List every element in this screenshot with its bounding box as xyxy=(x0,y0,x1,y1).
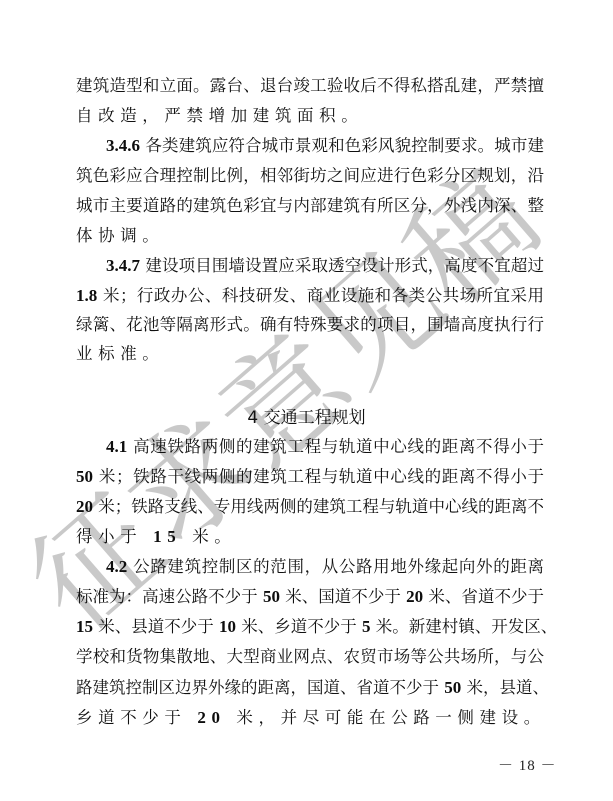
text-run: 得小于 xyxy=(76,527,153,546)
text-run: 标准为：高速公路不少于 xyxy=(76,587,263,606)
text-run: 米、国道不少于 xyxy=(280,587,406,606)
text-line: 4.1 高速铁路两侧的建筑工程与轨道中心线的距离不得小于 xyxy=(106,432,544,462)
bold-number: 15 xyxy=(76,617,93,636)
bold-number: 1.8 xyxy=(76,286,97,305)
text-run: 高速铁路两侧的建筑工程与轨道中心线的距离不得小于 xyxy=(127,437,544,456)
section-heading: 4 交通工程规划 xyxy=(0,403,613,433)
text-line: 15 米、县道不少于 10 米、乡道不少于 5 米。新建村镇、开发区、 xyxy=(76,612,544,642)
text-run: 米；铁路支线、专用线两侧的建筑工程与轨道中心线的距离不 xyxy=(93,497,544,516)
text-line: 体协调。 xyxy=(76,221,544,251)
bold-number: 50 xyxy=(76,467,93,486)
text-line: 3.4.7 建设项目围墙设置应采取透空设计形式，高度不宜超过 xyxy=(106,251,544,281)
text-line: 自改造，严禁增加建筑面积。 xyxy=(76,101,544,131)
text-line: 学校和货物集散地、大型商业网点、农贸市场等公共场所，与公 xyxy=(76,642,544,672)
text-run: 体协调。 xyxy=(76,226,164,245)
page-content: 建筑造型和立面。露台、退台竣工验收后不得私搭乱建，严禁擅自改造，严禁增加建筑面积… xyxy=(0,0,613,801)
text-line: 标准为：高速公路不少于 50 米、国道不少于 20 米、省道不少于 xyxy=(76,582,544,612)
text-run: 米，并尽可能在公路一侧建设。 xyxy=(226,708,546,727)
text-run: 城市主要道路的建筑色彩宜与内部建筑有所区分，外浅内深、整 xyxy=(76,196,544,215)
bold-number: 20 xyxy=(76,497,93,516)
text-line: 3.4.6 各类建筑应符合城市景观和色彩风貌控制要求。城市建 xyxy=(106,131,544,161)
text-run: 米；铁路干线两侧的建筑工程与轨道中心线的距离不得小于 xyxy=(93,467,544,486)
text-run: 建筑造型和立面。露台、退台竣工验收后不得私搭乱建，严禁擅 xyxy=(76,76,544,95)
bold-number: 4.2 xyxy=(106,557,127,576)
text-run: 业标准。 xyxy=(76,344,164,363)
bold-number: 50 xyxy=(263,587,280,606)
text-run: 各类建筑应符合城市景观和色彩风貌控制要求。城市建 xyxy=(140,136,544,155)
text-line: 路建筑控制区边界外缘的距离，国道、省道不少于 50 米，县道、 xyxy=(76,673,544,703)
text-run: 自改造，严禁增加建筑面积。 xyxy=(76,106,363,125)
bold-number: 20 xyxy=(197,708,225,727)
text-run: 绿篱、花池等隔离形式。确有特殊要求的项目，围墙高度执行行 xyxy=(76,315,544,334)
text-line: 得小于 15 米。 xyxy=(76,522,544,552)
text-line: 50 米；铁路干线两侧的建筑工程与轨道中心线的距离不得小于 xyxy=(76,462,544,492)
text-run: 筑色彩应合理控制比例，相邻街坊之间应进行色彩分区规划，沿 xyxy=(76,166,544,185)
text-run: 米。 xyxy=(181,527,236,546)
bold-number: 3.4.7 xyxy=(106,256,140,275)
bold-number: 5 xyxy=(362,617,371,636)
bold-number: 20 xyxy=(406,587,423,606)
text-line: 4.2 公路建筑控制区的范围，从公路用地外缘起向外的距离 xyxy=(106,552,544,582)
text-run: 米、乡道不少于 xyxy=(236,617,362,636)
bold-number: 10 xyxy=(219,617,236,636)
text-run: 米。新建村镇、开发区、 xyxy=(371,617,558,636)
text-run: 乡道不少于 xyxy=(76,708,197,727)
text-line: 1.8 米；行政办公、科技研发、商业设施和各类公共场所宜采用 xyxy=(76,281,544,311)
text-run: 米；行政办公、科技研发、商业设施和各类公共场所宜采用 xyxy=(97,286,544,305)
text-run: 学校和货物集散地、大型商业网点、农贸市场等公共场所，与公 xyxy=(76,647,544,666)
text-line: 20 米；铁路支线、专用线两侧的建筑工程与轨道中心线的距离不 xyxy=(76,492,544,522)
text-line: 建筑造型和立面。露台、退台竣工验收后不得私搭乱建，严禁擅 xyxy=(76,71,544,101)
bold-number: 15 xyxy=(153,527,181,546)
bold-number: 3.4.6 xyxy=(106,136,140,155)
text-run: 公路建筑控制区的范围，从公路用地外缘起向外的距离 xyxy=(127,557,544,576)
bold-number: 4.1 xyxy=(106,437,127,456)
text-run: 米、县道不少于 xyxy=(93,617,219,636)
text-line: 绿篱、花池等隔离形式。确有特殊要求的项目，围墙高度执行行 xyxy=(76,310,544,340)
text-run: 米、省道不少于 xyxy=(423,587,544,606)
page-number: － 18 － xyxy=(498,754,557,778)
text-line: 乡道不少于 20 米，并尽可能在公路一侧建设。 xyxy=(76,703,544,733)
text-line: 筑色彩应合理控制比例，相邻街坊之间应进行色彩分区规划，沿 xyxy=(76,161,544,191)
text-line: 城市主要道路的建筑色彩宜与内部建筑有所区分，外浅内深、整 xyxy=(76,191,544,221)
text-run: 建设项目围墙设置应采取透空设计形式，高度不宜超过 xyxy=(140,256,544,275)
document-page: 征求意见稿 建筑造型和立面。露台、退台竣工验收后不得私搭乱建，严禁擅自改造，严禁… xyxy=(0,0,613,801)
text-run: 米，县道、 xyxy=(461,678,549,697)
text-line: 业标准。 xyxy=(76,339,544,369)
bold-number: 50 xyxy=(444,678,461,697)
text-run: 路建筑控制区边界外缘的距离，国道、省道不少于 xyxy=(76,678,444,697)
